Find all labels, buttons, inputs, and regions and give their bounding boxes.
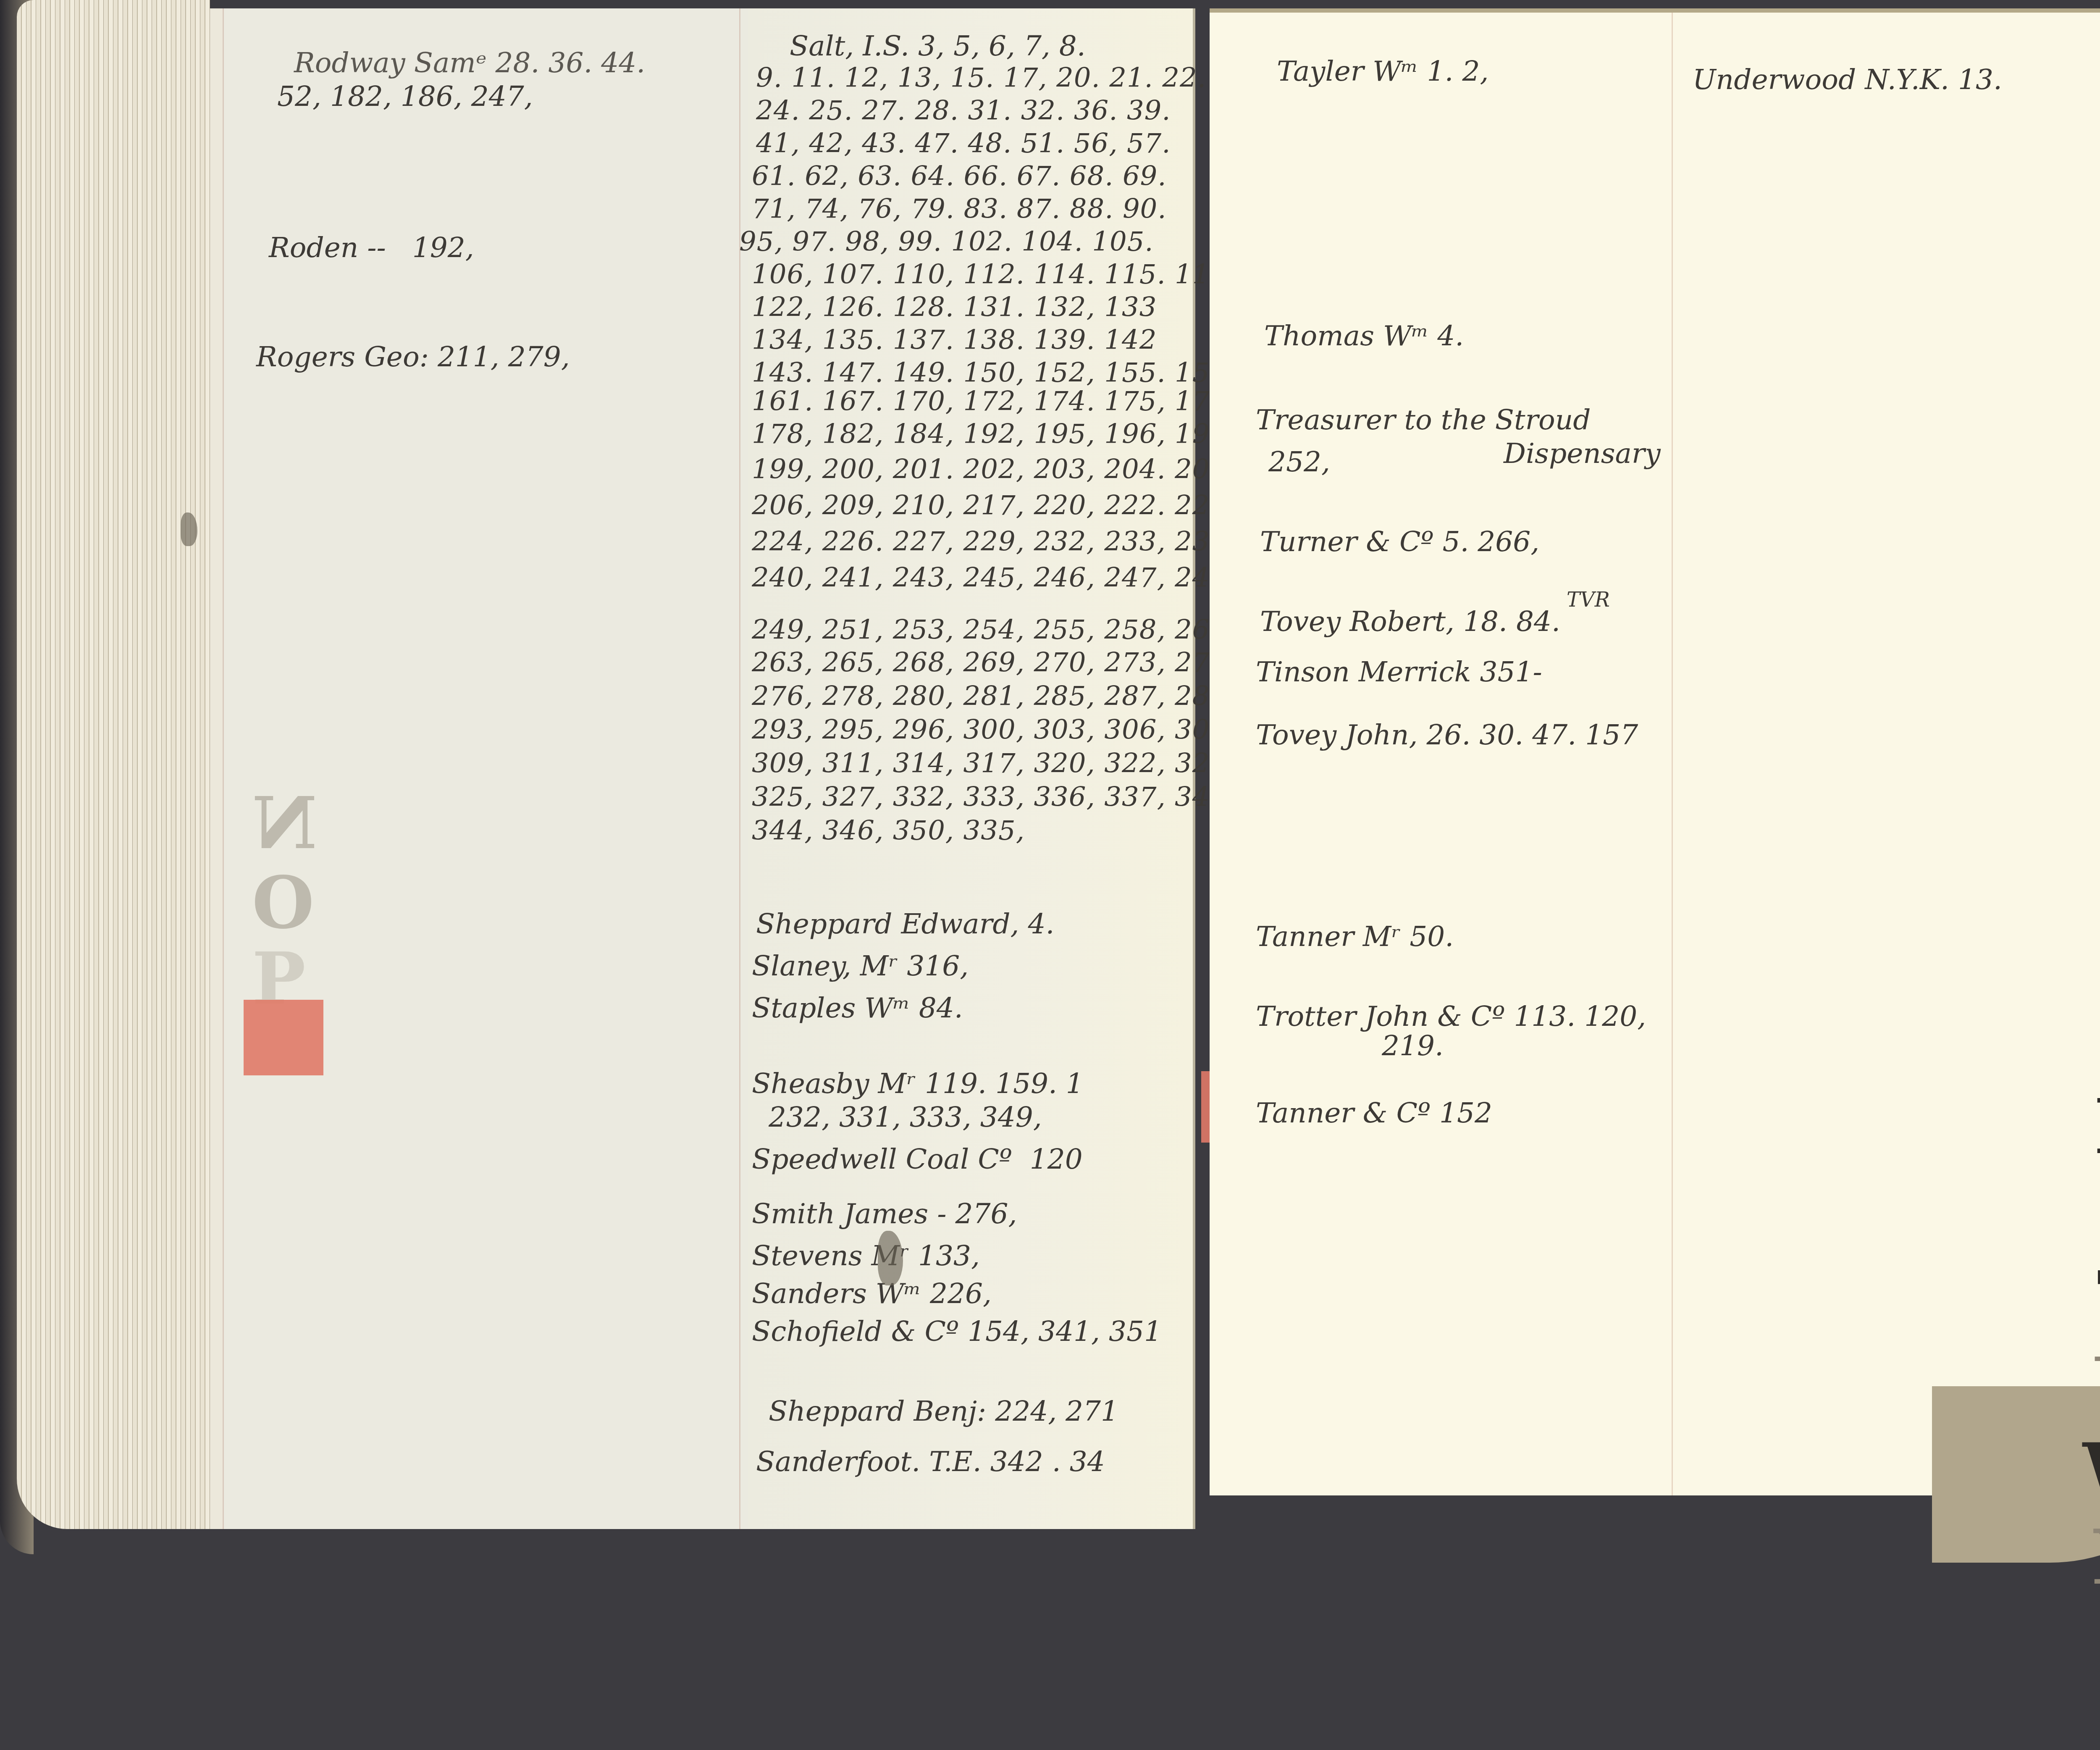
entry-rogers: Rogers Geo: 211, 279, (256, 340, 570, 373)
salt-refs-line: 122, 126. 128. 131. 132, 133 (752, 292, 1157, 324)
salt-refs-line: 199, 200, 201. 202, 203, 204. 205 (752, 454, 1227, 486)
entry-sheppard-benj: Sheppard Benj: 224, 271 (769, 1395, 1118, 1428)
entry-rodway-name: Rodway Samᵉ 28. 36. 44. (294, 46, 645, 79)
salt-refs-line: 106, 107. 110, 112. 114. 115. 116 (752, 259, 1227, 291)
salt-refs-line: 178, 182, 184, 192, 195, 196, 197 (752, 418, 1227, 451)
margin-rule (223, 8, 224, 1529)
tab-letter-o: O (252, 861, 314, 945)
entry-sheppard-edward: Sheppard Edward, 4. (756, 907, 1054, 941)
column-rule (1672, 13, 1673, 1495)
salt-refs-line: 134, 135. 137. 138. 139. 142 (752, 324, 1157, 357)
entry-tanner-co: Tanner & Cº 152 (1256, 1096, 1492, 1130)
entry-tovey-robert: Tovey Robert, 18. 84. (1260, 605, 1560, 638)
entry-tovey-john: Tovey John, 26. 30. 47. 157 (1256, 718, 1638, 752)
salt-refs-line: 24. 25. 27. 28. 31. 32. 36. 39. (756, 95, 1171, 127)
salt-refs-line: 224, 226. 227, 229, 232, 233, 237. (752, 526, 1236, 558)
salt-refs-line: 240, 241, 243, 245, 246, 247, 248 (752, 562, 1227, 594)
entry-trotter-cont: 219. (1382, 1029, 1444, 1062)
tab-letter-n: N (252, 781, 317, 865)
salt-refs-line: 276, 278, 280, 281, 285, 287, 289 (752, 681, 1227, 713)
tab-letter-s[interactable]: S (2079, 1170, 2100, 1256)
entry-sanders: Sanders Wᵐ 226, (752, 1277, 992, 1310)
tab-letter-r[interactable]: R (2079, 1084, 2100, 1170)
tab-letter-t[interactable]: T (2079, 1256, 2100, 1342)
entry-tovey-robert-sup: TVR (1567, 588, 1610, 612)
salt-refs-line: 71, 74, 76, 79. 83. 87. 88. 90. (752, 193, 1167, 226)
entry-tayler: Tayler Wᵐ 1. 2, (1277, 55, 1488, 88)
right-page (1210, 8, 2100, 1495)
entry-sheasby-cont: 232, 331, 333, 349, (769, 1101, 1042, 1134)
salt-refs-line: 263, 265, 268, 269, 270, 273, 274 (752, 647, 1227, 679)
entry-speedwell: Speedwell Coal Cº 120 (752, 1143, 1083, 1176)
salt-refs-line: 143. 147. 149. 150, 152, 155. 158 (752, 357, 1227, 389)
entry-treasurer-refs: 252, (1268, 445, 1330, 478)
entry-tanner: Tanner Mʳ 50. (1256, 920, 1454, 953)
entry-thomas: Thomas Wᵐ 4. (1264, 319, 1464, 352)
salt-refs-line: 293, 295, 296, 300, 303, 306, 308 (752, 714, 1227, 746)
entry-stevens: Stevens Mʳ 133, (752, 1239, 980, 1272)
entry-treasurer: Treasurer to the Stroud (1256, 403, 1591, 436)
entry-smith-james: Smith James - 276, (752, 1197, 1017, 1230)
entry-slaney: Slaney, Mʳ 316, (752, 949, 969, 983)
salt-refs-line: 9. 11. 12, 13, 15. 17, 20. 21. 22. (756, 62, 1206, 95)
entry-salt-header: Salt, I.S. 3, 5, 6, 7, 8. (790, 29, 1086, 63)
salt-refs-line: 206, 209, 210, 217, 220, 222. 223 (752, 490, 1227, 522)
red-index-tab-left[interactable] (244, 1000, 323, 1075)
entry-sheasby: Sheasby Mʳ 119. 159. 1 (752, 1067, 1084, 1100)
entry-trotter: Trotter John & Cº 113. 120, (1256, 1000, 1646, 1033)
entry-treasurer-line2: Dispensary (1504, 437, 1661, 470)
entry-staples: Staples Wᵐ 84. (752, 991, 963, 1025)
salt-refs-line: 309, 311, 314, 317, 320, 322, 323 (752, 748, 1227, 780)
entry-turner: Turner & Cº 5. 266, (1260, 525, 1539, 558)
tab-letter-w[interactable]: W (2079, 1428, 2100, 1514)
page-edge-stack (17, 0, 210, 1529)
entry-roden: Roden -- 192, (269, 231, 474, 264)
entry-underwood: Underwood N.Y.K. 13. (1693, 63, 2002, 96)
thumb-index-tabs[interactable]: R S T U W X (2079, 1084, 2100, 1600)
salt-refs-line: 95, 97. 98, 99. 102. 104. 105. (739, 226, 1154, 258)
entry-schofield: Schofield & Cº 154, 341, 351 (752, 1315, 1162, 1348)
entry-tinson: Tinson Merrick 351- (1256, 655, 1542, 688)
tab-letter-x[interactable]: X (2074, 1514, 2100, 1600)
tab-letter-u[interactable]: U (2079, 1342, 2100, 1428)
entry-rodway-cont: 52, 182, 186, 247, (277, 80, 533, 113)
salt-refs-line: 344, 346, 350, 335, (752, 815, 1025, 847)
salt-refs-line: 249, 251, 253, 254, 255, 258, 260 (752, 614, 1227, 646)
salt-refs-line: 325, 327, 332, 333, 336, 337, 341 (752, 781, 1227, 814)
salt-refs-line: 41, 42, 43. 47. 48. 51. 56, 57. (756, 128, 1171, 160)
salt-refs-line: 61. 62, 63. 64. 66. 67. 68. 69. (752, 160, 1167, 193)
entry-sanderfoot: Sanderfoot. T.E. 342 . 34 (756, 1445, 1105, 1478)
